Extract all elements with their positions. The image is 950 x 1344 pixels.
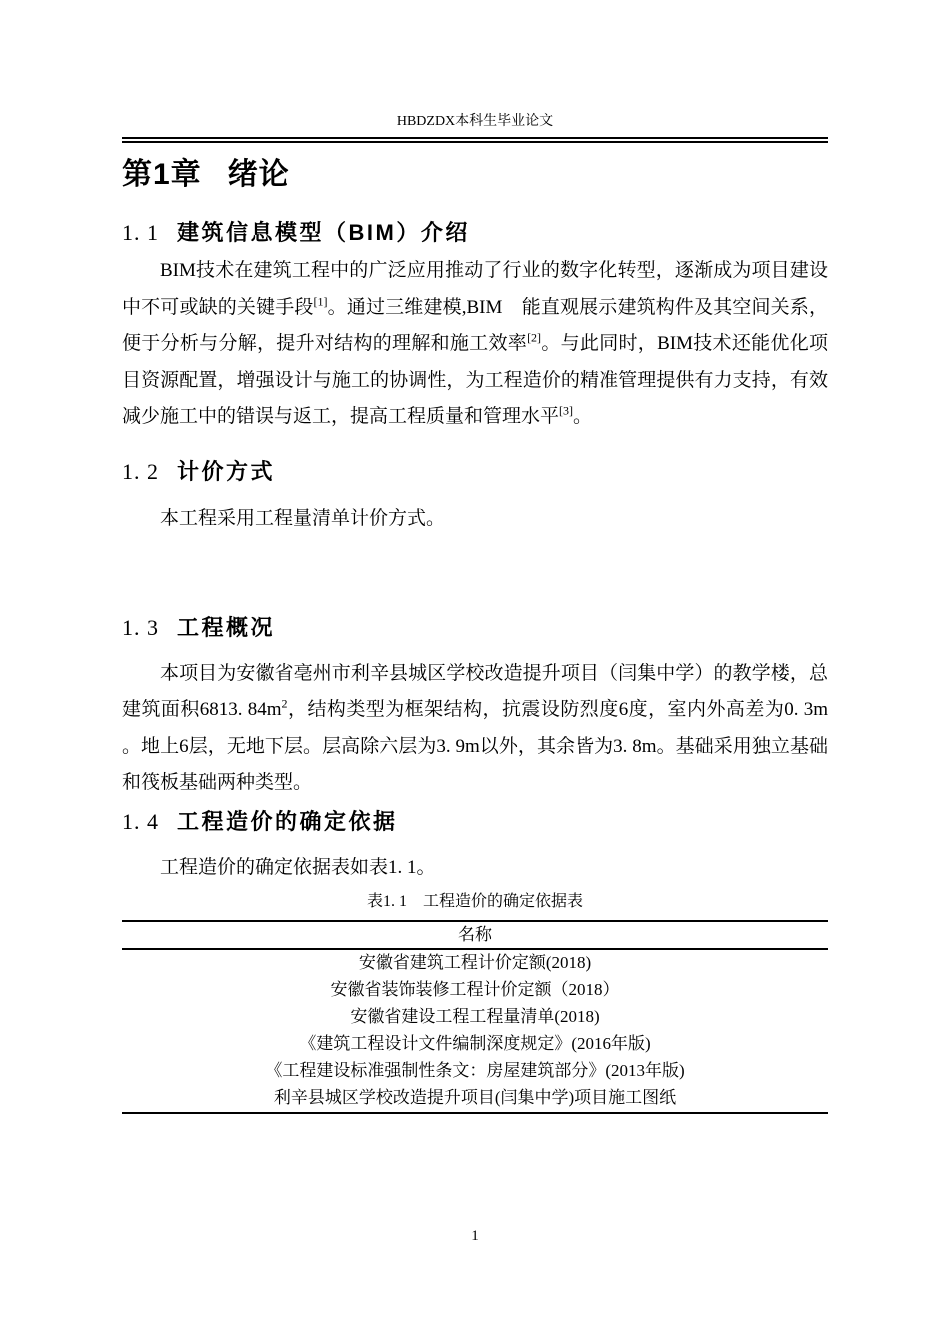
- section-heading-1-3: 1. 3工程概况: [122, 613, 828, 643]
- table-cell: 《建筑工程设计文件编制深度规定》(2016年版): [122, 1031, 828, 1058]
- cost-basis-table: 名称 安徽省建筑工程计价定额(2018) 安徽省装饰装修工程计价定额（2018）…: [122, 920, 828, 1114]
- table-row: 安徽省建设工程工程量清单(2018): [122, 1004, 828, 1031]
- page-number: 1: [0, 1228, 950, 1245]
- section-title: 计价方式: [177, 459, 275, 484]
- section-heading-1-4: 1. 4工程造价的确定依据: [122, 807, 828, 837]
- citation-1: [1]: [314, 294, 328, 308]
- section-number: 1. 2: [122, 459, 159, 484]
- citation-3: [3]: [559, 404, 573, 418]
- section-title: 工程造价的确定依据: [177, 809, 398, 834]
- chapter-number: 第1章: [122, 158, 202, 191]
- running-header: HBDZDX本科生毕业论文: [122, 112, 828, 132]
- section-number: 1. 3: [122, 615, 159, 640]
- table-cell: 利辛县城区学校改造提升项目(闫集中学)项目施工图纸: [122, 1085, 828, 1113]
- table-row: 利辛县城区学校改造提升项目(闫集中学)项目施工图纸: [122, 1085, 828, 1113]
- table-row: 安徽省建筑工程计价定额(2018): [122, 949, 828, 977]
- paragraph-pricing-method: 本工程采用工程量清单计价方式。: [122, 501, 828, 538]
- paragraph-text: 。: [573, 406, 592, 427]
- table-row: 《工程建设标准强制性条文：房屋建筑部分》(2013年版): [122, 1058, 828, 1085]
- page-content: HBDZDX本科生毕业论文 第1章绪论 1. 1建筑信息模型（BIM）介绍 BI…: [122, 112, 828, 1114]
- chapter-title: 绪论: [228, 158, 290, 191]
- section-title: 建筑信息模型（BIM）介绍: [177, 220, 470, 245]
- table-cell: 安徽省建筑工程计价定额(2018): [122, 949, 828, 977]
- table-cell: 安徽省装饰装修工程计价定额（2018）: [122, 977, 828, 1004]
- table-caption: 表1. 1 工程造价的确定依据表: [122, 890, 828, 914]
- section-number: 1. 4: [122, 809, 159, 834]
- table-header-row: 名称: [122, 921, 828, 949]
- section-title: 工程概况: [177, 615, 275, 640]
- header-divider: [122, 137, 828, 143]
- table-row: 安徽省装饰装修工程计价定额（2018）: [122, 977, 828, 1004]
- table-cell: 《工程建设标准强制性条文：房屋建筑部分》(2013年版): [122, 1058, 828, 1085]
- section-number: 1. 1: [122, 220, 159, 245]
- document-page: HBDZDX本科生毕业论文 第1章绪论 1. 1建筑信息模型（BIM）介绍 BI…: [0, 0, 950, 1344]
- citation-2: [2]: [527, 331, 541, 345]
- table-row: 《建筑工程设计文件编制深度规定》(2016年版): [122, 1031, 828, 1058]
- table-header-cell-name: 名称: [122, 921, 828, 949]
- paragraph-project-overview: 本项目为安徽省亳州市利辛县城区学校改造提升项目（闫集中学）的教学楼，总建筑面积6…: [122, 656, 828, 802]
- section-heading-1-2: 1. 2计价方式: [122, 457, 828, 487]
- paragraph-bim-intro: BIM技术在建筑工程中的广泛应用推动了行业的数字化转型，逐渐成为项目建设中不可或…: [122, 253, 828, 436]
- paragraph-cost-basis: 工程造价的确定依据表如表1. 1。: [122, 850, 828, 887]
- chapter-heading: 第1章绪论: [122, 156, 828, 194]
- section-heading-1-1: 1. 1建筑信息模型（BIM）介绍: [122, 218, 828, 248]
- table-cell: 安徽省建设工程工程量清单(2018): [122, 1004, 828, 1031]
